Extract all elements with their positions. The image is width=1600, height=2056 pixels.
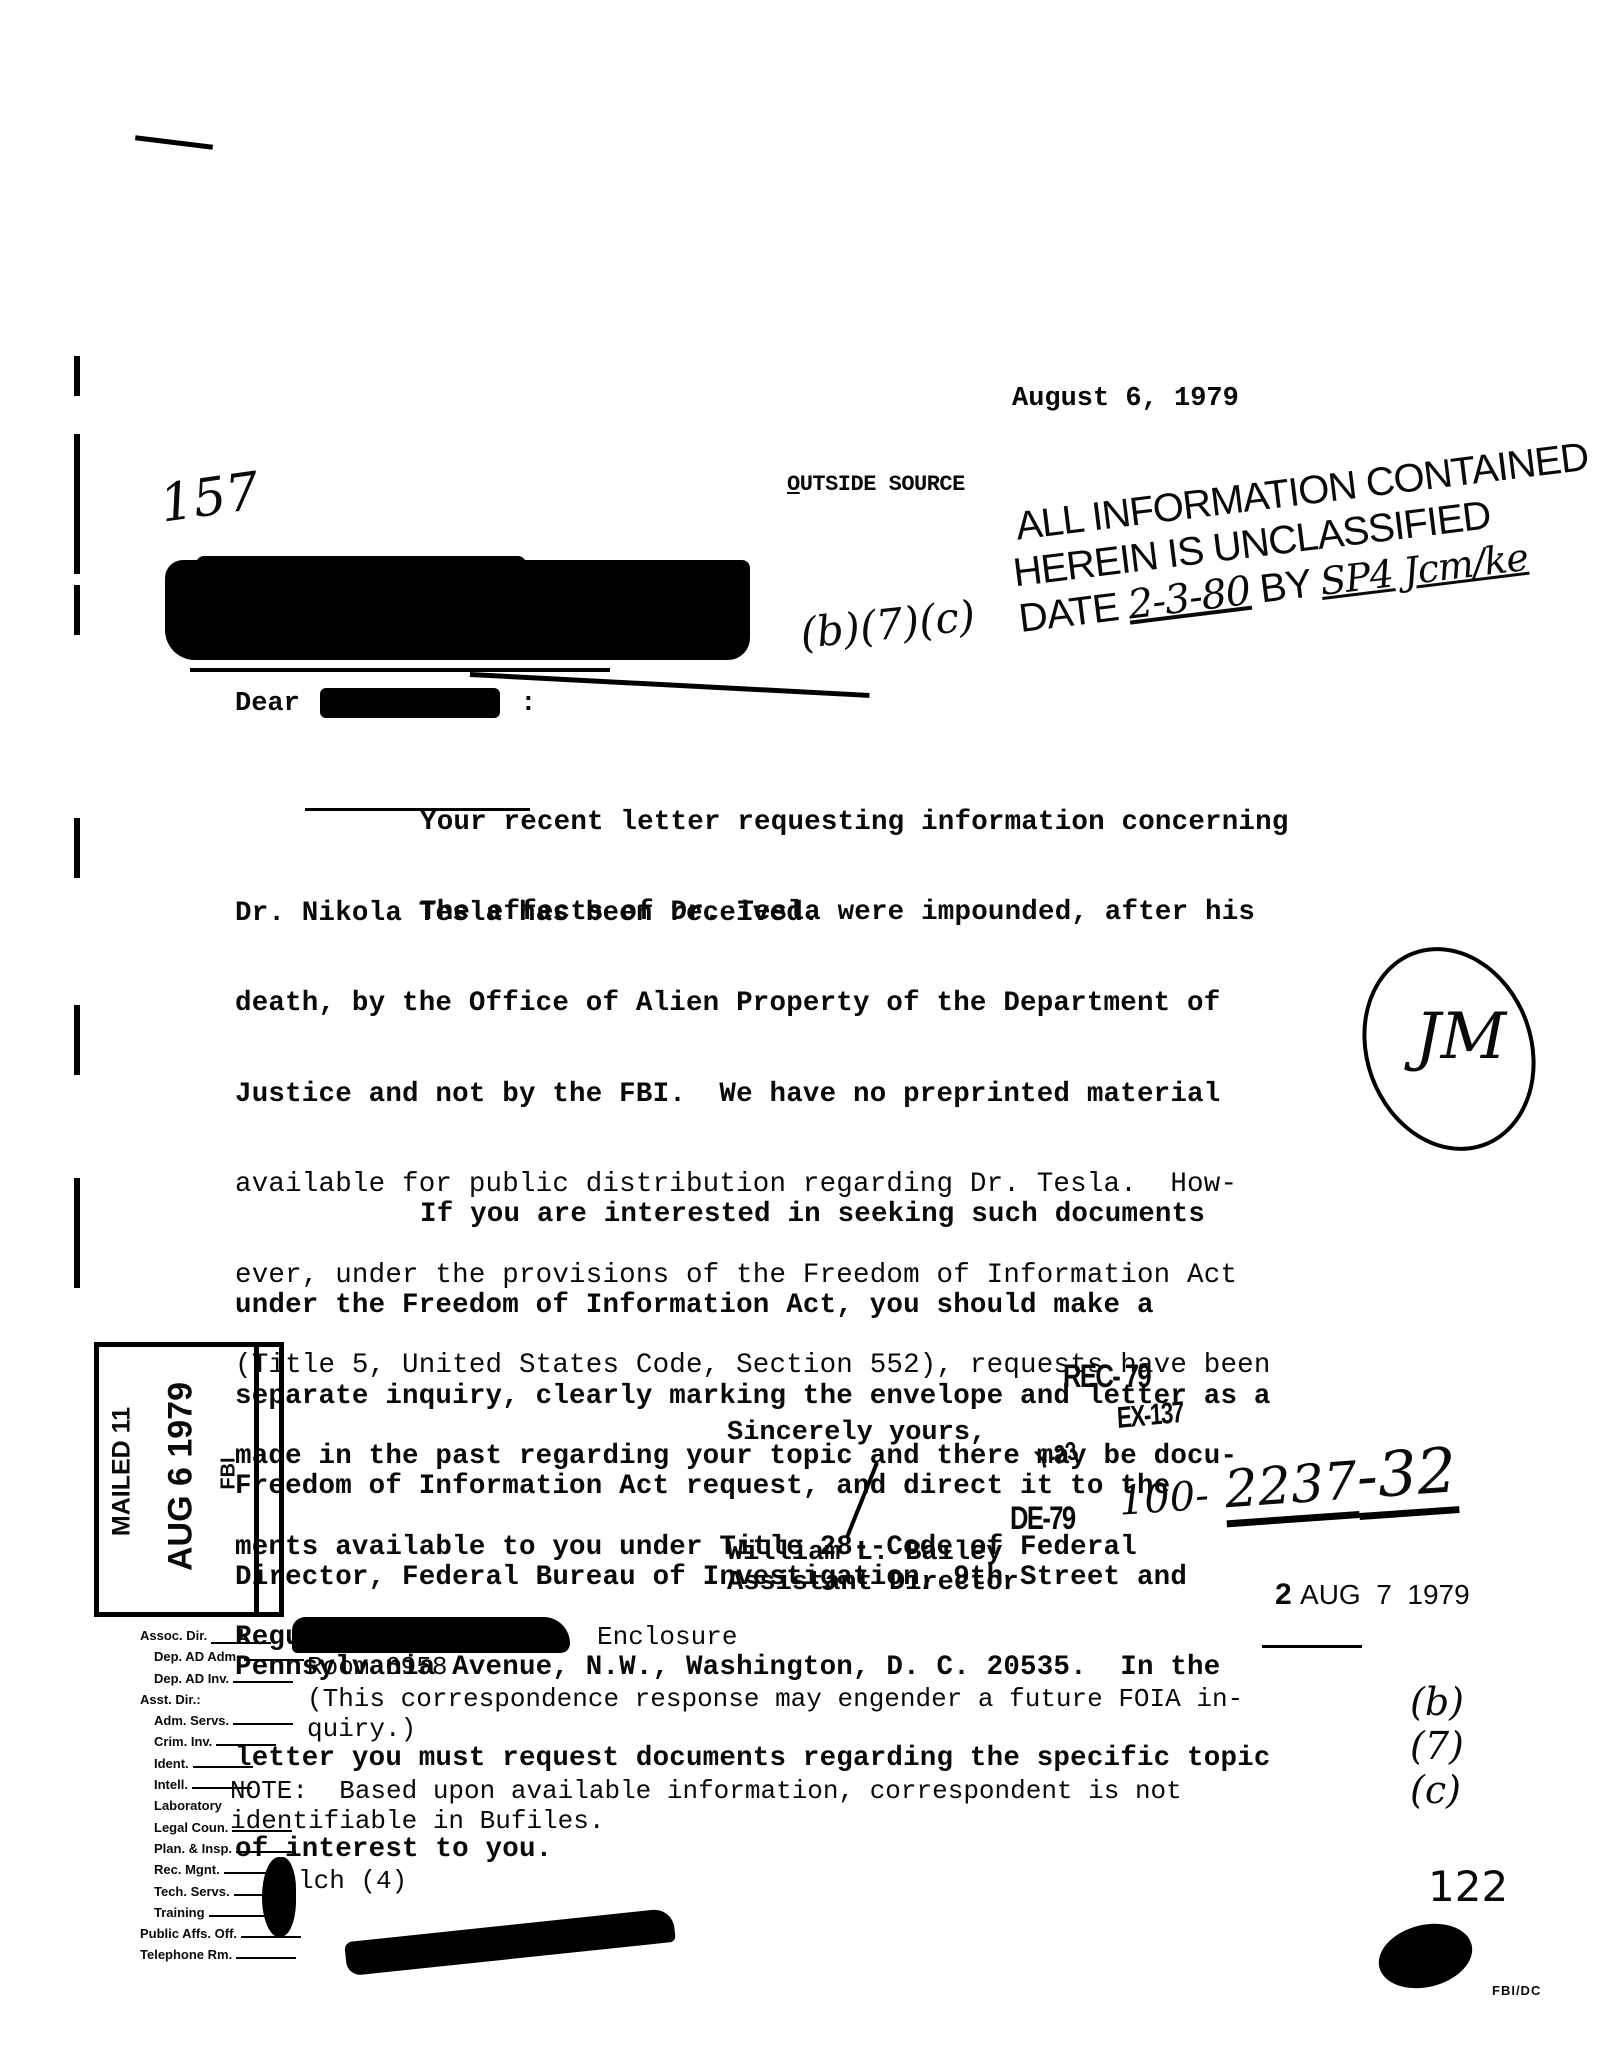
routing-blank <box>216 1734 276 1746</box>
routing-label: Intell. <box>154 1777 188 1792</box>
received-date-stamp: 2 AUG 7 1979 <box>1275 1578 1470 1612</box>
routing-row: Assoc. Dir.1 <box>140 1625 304 1646</box>
margin-bar <box>74 818 80 878</box>
routing-label: Legal Coun. <box>154 1820 228 1835</box>
enclosure-label: Enclosure <box>597 1622 737 1652</box>
distribution-line: lch (4) <box>298 1866 407 1896</box>
mailed-agency: FBI <box>218 1444 241 1504</box>
routing-label: Dep. AD Adm. <box>154 1649 240 1664</box>
routing-label: Plan. & Insp. <box>154 1841 232 1856</box>
routing-label: Public Affs. Off. <box>140 1926 237 1941</box>
routing-label: Assoc. Dir. <box>140 1628 207 1643</box>
margin-bar <box>74 585 80 635</box>
stray-line <box>1262 1645 1362 1648</box>
letter-date: August 6, 1979 <box>1012 384 1239 414</box>
redacted-distribution-blot <box>262 1857 296 1937</box>
margin-bar <box>74 356 80 396</box>
routing-label: Rec. Mgnt. <box>154 1862 220 1877</box>
exemption-mark-top: (b)(7)(c) <box>798 591 978 658</box>
redacted-bottom-stroke <box>344 1908 676 1976</box>
stray-pen-mark <box>135 135 213 149</box>
exemption-mark-bottom: (b) (7) (c) <box>1410 1680 1464 1812</box>
note-line-2: identifiable in Bufiles. <box>230 1806 604 1836</box>
routing-row: Adm. Servs. <box>140 1710 304 1731</box>
routing-row: Asst. Dir.: <box>140 1689 304 1710</box>
routing-blank <box>233 1713 293 1725</box>
signatory-name: William L. Bailey <box>727 1538 1002 1568</box>
redacted-recipient-name <box>320 688 500 718</box>
foia-note-line-1: (This correspondence response may engend… <box>307 1684 1243 1714</box>
signatory-title: Assistant Director <box>727 1568 1019 1598</box>
routing-label: Laboratory <box>154 1798 222 1813</box>
routing-blank <box>236 1841 296 1853</box>
routing-blank <box>193 1756 253 1768</box>
mailed-label: MAILED 11 <box>108 1387 137 1557</box>
page-number: 122 <box>1428 1862 1508 1911</box>
footer-code: FBI/DC <box>1492 1983 1541 1998</box>
redacted-address-block <box>165 560 750 660</box>
routing-blank: 1 <box>211 1632 271 1644</box>
redacted-enclosure-recipient <box>292 1617 570 1653</box>
redaction-blot <box>1372 1914 1479 1997</box>
routing-row: Dep. AD Inv. <box>140 1668 304 1689</box>
margin-bar <box>74 1178 80 1288</box>
routing-label: Dep. AD Inv. <box>154 1671 229 1686</box>
redacted-address-top <box>196 556 526 574</box>
routing-row: Telephone Rm. <box>140 1944 304 1965</box>
rec-stamp: REC- 79 <box>1063 1358 1150 1395</box>
routing-label: Tech. Servs. <box>154 1884 230 1899</box>
de79-stamp: DE-79 <box>1010 1500 1075 1537</box>
routing-label: Asst. Dir.: <box>140 1692 201 1707</box>
routing-row: Dep. AD Adm. <box>140 1646 304 1667</box>
routing-blank <box>236 1947 296 1959</box>
ex-stamp: EX-137 <box>1116 1396 1184 1436</box>
routing-row: Ident. <box>140 1753 304 1774</box>
routing-label: Crim. Inv. <box>154 1734 212 1749</box>
margin-initials: JM <box>1415 1000 1506 1074</box>
redaction-underline <box>190 668 610 672</box>
mailed-date: AUG 6 1979 <box>162 1357 201 1597</box>
declassification-stamp: ALL INFORMATION CONTAINED HEREIN IS UNCL… <box>1005 434 1600 642</box>
mailed-stamp: MAILED 11 AUG 6 1979 FBI <box>94 1342 284 1617</box>
handwritten-file-mark: 157 <box>156 461 263 534</box>
routing-label: Telephone Rm. <box>140 1947 232 1962</box>
routing-blank <box>209 1905 269 1917</box>
room-number: Room 6958 <box>307 1652 447 1682</box>
closing: Sincerely yours, <box>727 1418 986 1448</box>
routing-label: Ident. <box>154 1756 189 1771</box>
routing-label: Adm. Servs. <box>154 1713 229 1728</box>
routing-label: Training <box>154 1905 205 1920</box>
margin-bar <box>74 434 80 574</box>
routing-row: Crim. Inv. <box>140 1731 304 1752</box>
salutation: Dear : <box>235 688 536 719</box>
source-marking: OUTSIDE SOURCE <box>787 472 965 497</box>
routing-blank <box>233 1671 293 1683</box>
name-underline <box>305 808 530 811</box>
margin-bar <box>74 1005 80 1075</box>
foia-note-line-2: quiry.) <box>307 1714 416 1744</box>
note-line-1: NOTE: Based upon available information, … <box>230 1776 1182 1806</box>
